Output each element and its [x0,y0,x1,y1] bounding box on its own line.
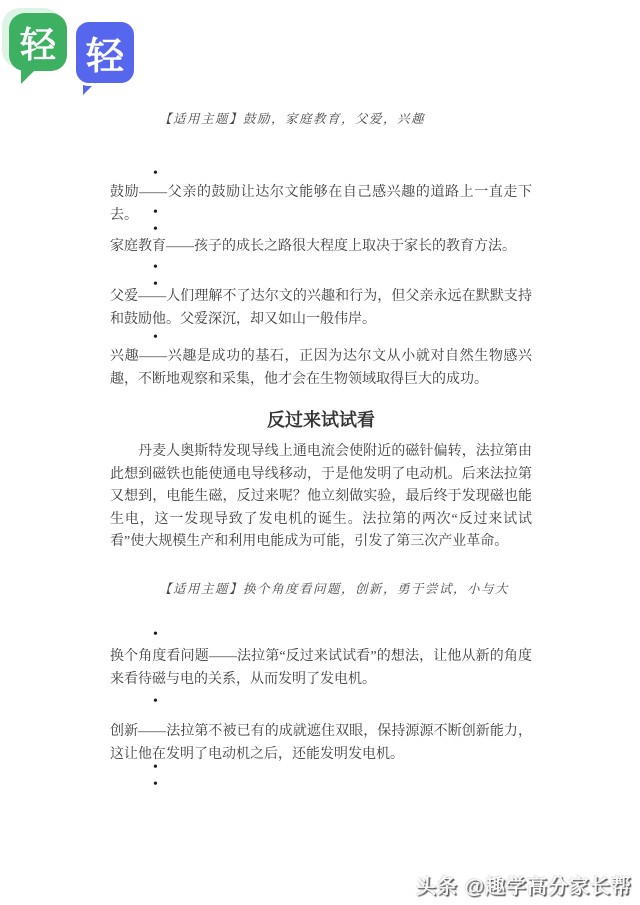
qingqing-logo: 轻 轻 [0,0,150,100]
theme-line-2: 【适用主题】换个角度看问题，创新，勇于尝试，小与大 [159,579,509,597]
section-heading: 反过来试试看 [110,406,532,432]
logo-green-bubble-tail [21,69,36,84]
logo-green-bubble-char: 轻 [20,17,56,68]
theme-line-1: 【适用主题】鼓励，家庭教育，父爱，兴趣 [159,109,425,127]
paragraph-encouragement: 鼓励——父亲的鼓励让达尔文能够在自己感兴趣的道路上一直走下去。 [110,182,532,227]
bullet-dot: • [153,697,158,707]
paragraph-innovation: 创新——法拉第不被已有的成就遮住双眼，保持源源不断创新能力，这让他在发明了电动机… [110,721,532,766]
bullet-dot: • [153,169,158,179]
paragraph-interest: 兴趣——兴趣是成功的基石，正因为达尔文从小就对自然生物感兴趣，不断地观察和采集，… [110,346,532,391]
bullet-dot: • [153,630,158,640]
logo-green-bubble-icon: 轻 [9,13,67,71]
paragraph-faraday-story: 丹麦人奥斯特发现导线上通电流会使附近的磁针偏转，法拉第由此想到磁铁也能使通电导线… [110,441,532,554]
paragraph-family-education: 家庭教育——孩子的成长之路很大程度上取决于家长的教育方法。 [110,236,532,259]
toutiao-watermark: 头条 @趣学高分家长帮 [416,870,632,899]
document-page: 轻 轻 【适用主题】鼓励，家庭教育，父爱，兴趣 • • • • • • • • … [0,0,640,905]
paragraph-new-perspective: 换个角度看问题——法拉第“反过来试试看”的想法，让他从新的角度来看待磁与电的关系… [110,646,532,691]
bullet-dot: • [153,263,158,273]
logo-blue-bubble-icon: 轻 [73,19,137,86]
logo-blue-bubble-char: 轻 [86,25,124,80]
bullet-dot: • [153,780,158,790]
paragraph-fatherly-love: 父爱——人们理解不了达尔文的兴趣和行为，但父亲永远在默默支持和鼓励他。父爱深沉，… [110,286,532,331]
bullet-dot: • [153,333,158,343]
